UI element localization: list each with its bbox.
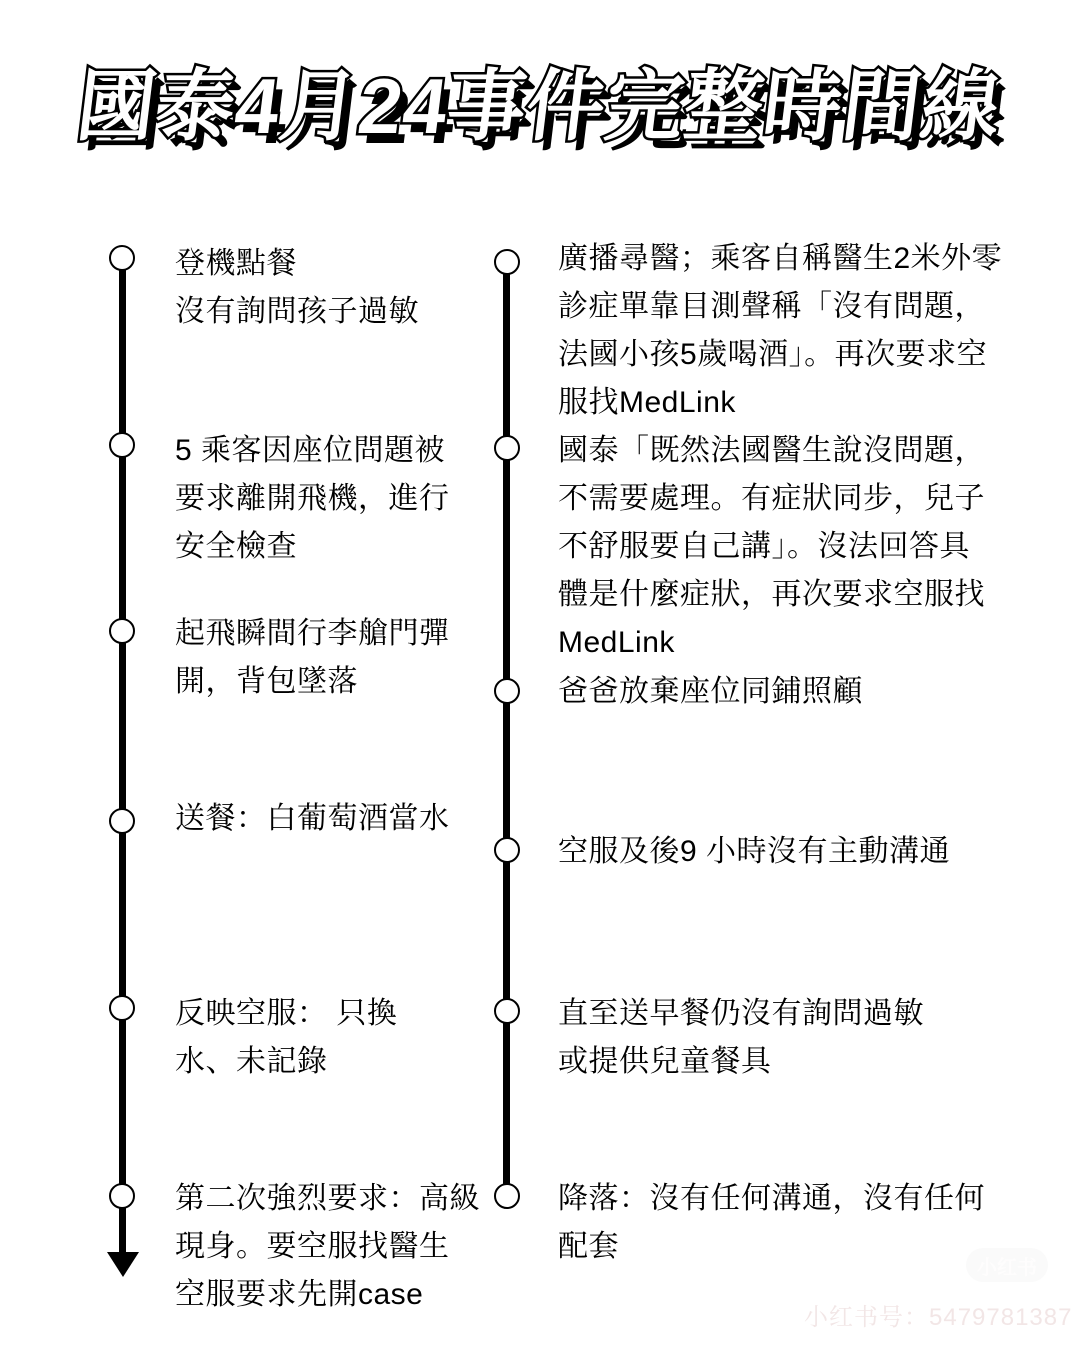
timeline-event-text: 廣播尋醫；乘客自稱醫生2米外零 診症單靠目測聲稱「沒有問題， 法國小孩5歲喝酒」…	[558, 235, 1026, 427]
timeline-event-text: 國泰「既然法國醫生說沒問題， 不需要處理。有症狀同步，兒子 不舒服要自己講」。沒…	[558, 427, 1026, 667]
watermark-account-id: 小红书号：5479781387	[804, 1297, 1072, 1332]
timeline-event-text: 起飛瞬間行李艙門彈 開，背包墜落	[175, 610, 510, 706]
timeline-event-text: 空服及後9 小時沒有主動溝通	[558, 828, 1026, 876]
page-title: 國泰4月24事件完整時間線	[0, 44, 1080, 156]
timeline-node-icon	[109, 618, 135, 644]
timeline-node-icon	[109, 808, 135, 834]
timeline-event-text: 爸爸放棄座位同鋪照顧	[558, 668, 1026, 716]
timeline-event-text: 第二次強烈要求：高級 現身。要空服找醫生 空服要求先開case	[175, 1175, 510, 1319]
timeline-event-text: 送餐：白葡萄酒當水	[175, 795, 510, 843]
infographic-canvas: 國泰4月24事件完整時間線 登機點餐 沒有詢問孩子過敏 5 乘客因座位問題被 要…	[0, 0, 1080, 1350]
timeline-node-icon	[109, 1183, 135, 1209]
xiaohongshu-logo-badge: 小红书	[966, 1248, 1048, 1282]
timeline-event-text: 登機點餐 沒有詢問孩子過敏	[175, 240, 510, 336]
timeline-node-icon	[109, 432, 135, 458]
timeline-event-text: 反映空服： 只換 水、未記錄	[175, 990, 510, 1086]
timeline-event-text: 直至送早餐仍沒有詢問過敏 或提供兒童餐具	[558, 990, 1026, 1086]
timeline-node-icon	[109, 245, 135, 271]
timeline-event-text: 降落：沒有任何溝通，沒有任何 配套	[558, 1175, 1026, 1271]
timeline-event-text: 5 乘客因座位問題被 要求離開飛機，進行 安全檢查	[175, 427, 510, 571]
arrow-down-icon	[107, 1252, 139, 1277]
timeline-node-icon	[109, 995, 135, 1021]
timeline-line-left	[119, 258, 126, 1254]
